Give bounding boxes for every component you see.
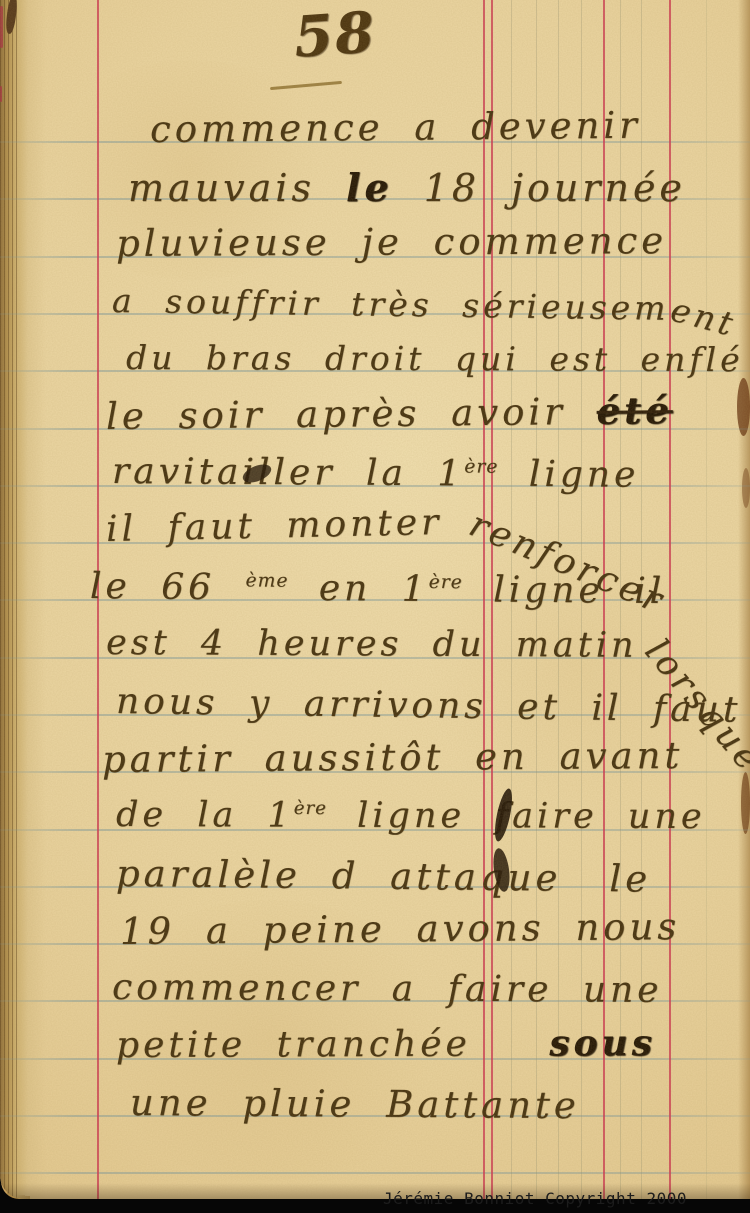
handwriting-segment: mauvais	[128, 166, 346, 210]
handwriting-segment: le soir après avoir	[106, 390, 597, 438]
handwriting-segment: le	[346, 165, 393, 210]
page-number: 58	[292, 0, 378, 71]
handwriting-segment: été	[596, 388, 673, 433]
handwriting-line: une pluie Battante	[130, 1081, 580, 1127]
handwriting-segment: ère	[429, 572, 463, 593]
handwriting-segment: a souffrir très sérieusem	[112, 281, 670, 328]
handwriting-line: du bras droit qui est enflé .	[126, 338, 750, 379]
handwriting-segment: ère	[294, 798, 327, 819]
handwriting-line: partir aussitôt en avant	[102, 734, 684, 781]
handwriting-line: mauvais le 18 journée	[128, 165, 686, 210]
handwriting-segment: 19 a peine avons nous	[120, 905, 681, 953]
handwriting-segment: ligne faire une	[327, 796, 706, 837]
handwriting-segment: de la 1	[116, 795, 294, 836]
handwriting-segment: ère	[464, 456, 498, 477]
handwriting-segment: ent	[666, 290, 740, 345]
handwriting-line: nous y arrivons et il faut	[116, 681, 742, 731]
handwriting-line: a souffrir très sérieusement	[112, 281, 736, 329]
handwriting-segment: une pluie Battante	[130, 1081, 580, 1127]
handwriting-segment: pluvieuse je commence	[116, 219, 667, 265]
handwriting-line: ravitailler la 1ère ligne	[112, 451, 640, 496]
handwriting-segment: sous	[549, 1022, 656, 1064]
left-edge-red-mark	[0, 86, 2, 102]
handwriting-segment: du bras droit qui est enflé .	[126, 338, 750, 379]
handwriting-line: paralèle d attaquele	[116, 852, 652, 901]
handwriting-segment: est 4 heures du matin	[106, 623, 638, 666]
handwriting-line: petite tranchée sous	[116, 1022, 656, 1066]
handwriting-segment: partir aussitôt en avant	[102, 734, 684, 781]
handwriting-line: est 4 heures du matinlorsque	[106, 623, 750, 667]
right-edge-stain	[742, 468, 750, 508]
handwriting-segment: ravitailler la 1	[112, 451, 465, 494]
handwriting-segment: petite tranchée	[116, 1024, 501, 1066]
handwriting-segment: commencer a faire une	[112, 967, 663, 1011]
copyright-credit: Jérémie Bonniot Copyright 2000	[383, 1189, 687, 1208]
handwriting-segment: nous y arrivons et il faut	[116, 681, 742, 731]
handwriting-segment: 18 journée	[393, 166, 686, 210]
handwriting-line: pluvieuse je commence	[116, 219, 667, 265]
handwriting-line: 19 a peine avons nous	[120, 905, 681, 953]
handwriting-line: commencer a faire une	[112, 967, 663, 1011]
handwriting-segment: ligne	[498, 454, 639, 496]
page-number-underline	[270, 81, 342, 90]
paper-sheet: 58 commence a devenir mauvais le 18 jour…	[0, 0, 750, 1199]
handwriting-segment: le	[609, 857, 651, 900]
column-thin-line	[706, 0, 707, 1199]
handwriting-segment: en 1	[288, 568, 429, 610]
handwriting-line: le 66 ème en 1ère ligne il	[90, 566, 666, 612]
right-edge-stain	[741, 772, 750, 834]
handwriting-line: le soir après avoir été	[106, 388, 673, 438]
handwriting-segment: il faut monter	[106, 502, 443, 550]
handwriting-line: commence a devenir	[150, 104, 641, 151]
handwriting-segment: ligne il	[463, 569, 666, 612]
handwriting-segment: ème	[245, 570, 288, 591]
handwriting-line: de la 1ère ligne faire une	[116, 795, 706, 837]
handwriting-segment: commence a devenir	[150, 104, 641, 151]
ruled-line	[0, 1172, 750, 1174]
handwriting-segment: le 66	[90, 566, 246, 608]
notebook-page-scan: 58 commence a devenir mauvais le 18 jour…	[0, 0, 750, 1213]
left-edge-red-mark	[0, 6, 3, 48]
